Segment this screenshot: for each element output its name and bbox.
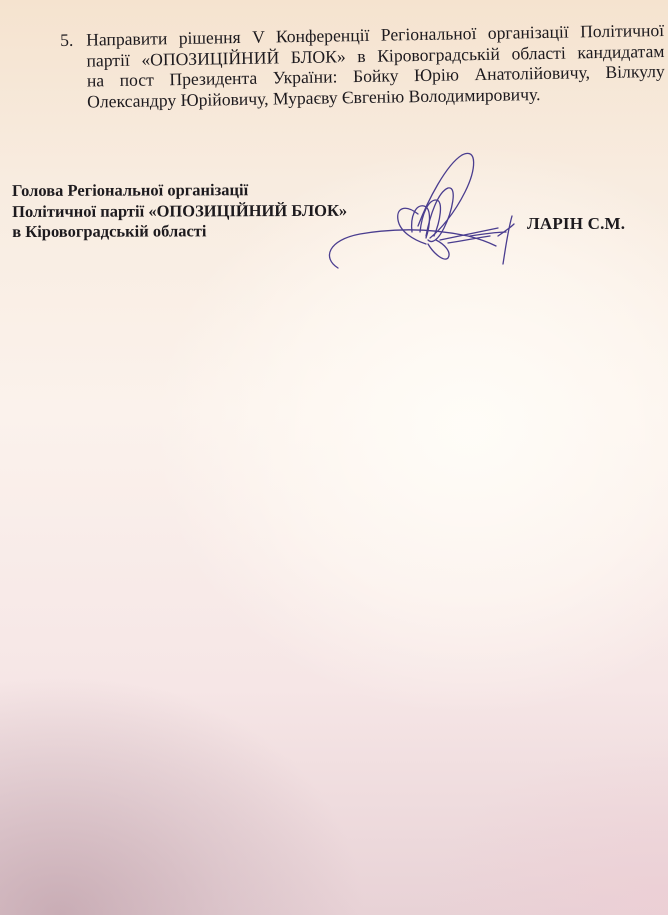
- numbered-item: 5. Направити рішення V Конференції Регіо…: [60, 20, 668, 112]
- signatory-title-line-1: Голова Регіональної організації: [12, 180, 347, 202]
- signer-name: ЛАРІН С.М.: [527, 214, 625, 234]
- resolution-item-5: 5. Направити рішення V Конференції Регіо…: [60, 20, 668, 112]
- item-number: 5.: [60, 30, 86, 51]
- item-text: Направити рішення V Конференції Регіонал…: [86, 20, 668, 112]
- handwritten-signature-icon: [0, 0, 668, 915]
- signatory-title-line-3: в Кіровоградській області: [12, 221, 347, 243]
- signatory-title: Голова Регіональної організації Політичн…: [12, 180, 347, 243]
- document-page: 5. Направити рішення V Конференції Регіо…: [0, 0, 668, 915]
- signatory-title-line-2: Політичної партії «ОПОЗИЦІЙНИЙ БЛОК»: [12, 200, 347, 222]
